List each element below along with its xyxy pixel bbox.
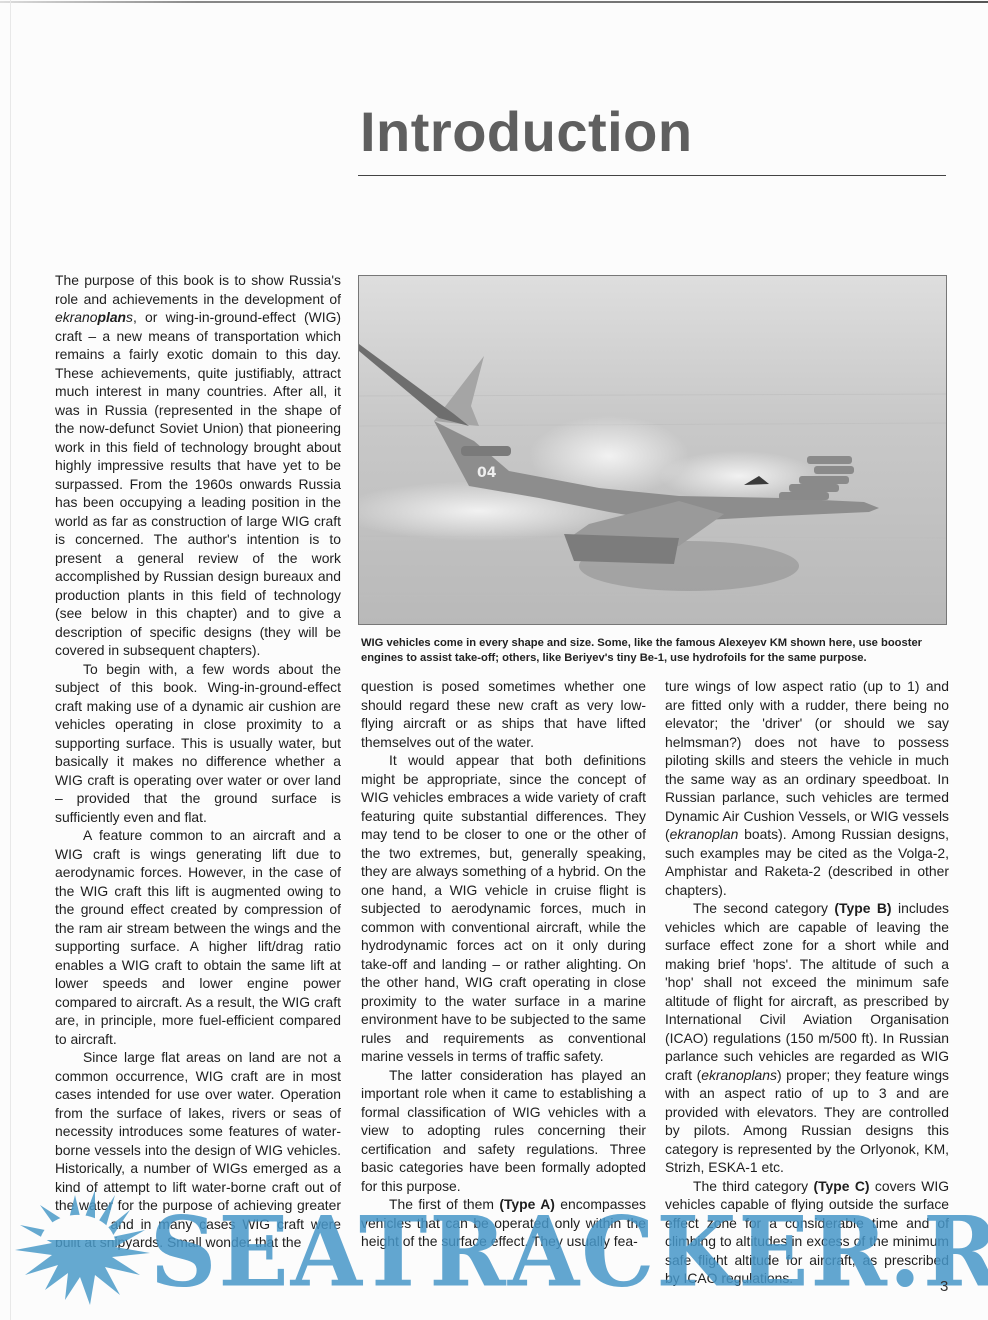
paragraph: The purpose of this book is to show Russ… — [55, 271, 341, 660]
text-column-2: question is posed sometimes whether one … — [361, 677, 646, 1251]
paragraph: The latter consideration has played an i… — [361, 1066, 646, 1196]
paragraph: question is posed sometimes whether one … — [361, 677, 646, 751]
title-divider — [358, 175, 946, 176]
paragraph: It would appear that both definitions mi… — [361, 751, 646, 1066]
paragraph: The second category (Type B) includes ve… — [665, 899, 949, 1177]
page-top-edge — [0, 1, 988, 3]
text-column-3: ture wings of low aspect ratio (up to 1)… — [665, 677, 949, 1288]
paragraph: A feature common to an aircraft and a WI… — [55, 826, 341, 1048]
photo-illustration: 04 — [359, 276, 946, 624]
paragraph: Since large flat areas on land are not a… — [55, 1048, 341, 1252]
ekranoplan-photo: 04 — [358, 275, 947, 625]
paragraph: The first of them (Type A) encompasses v… — [361, 1195, 646, 1251]
paragraph: ture wings of low aspect ratio (up to 1)… — [665, 677, 949, 899]
photo-caption: WIG vehicles come in every shape and siz… — [361, 636, 951, 666]
hull-number: 04 — [477, 465, 497, 481]
paragraph: The third category (Type C) covers WIG v… — [665, 1177, 949, 1288]
text-column-1: The purpose of this book is to show Russ… — [55, 271, 341, 1252]
page-binding-edge — [10, 0, 11, 1320]
page-number: 3 — [940, 1278, 948, 1295]
paragraph: To begin with, a few words about the sub… — [55, 660, 341, 827]
page-title: Introduction — [360, 100, 693, 164]
